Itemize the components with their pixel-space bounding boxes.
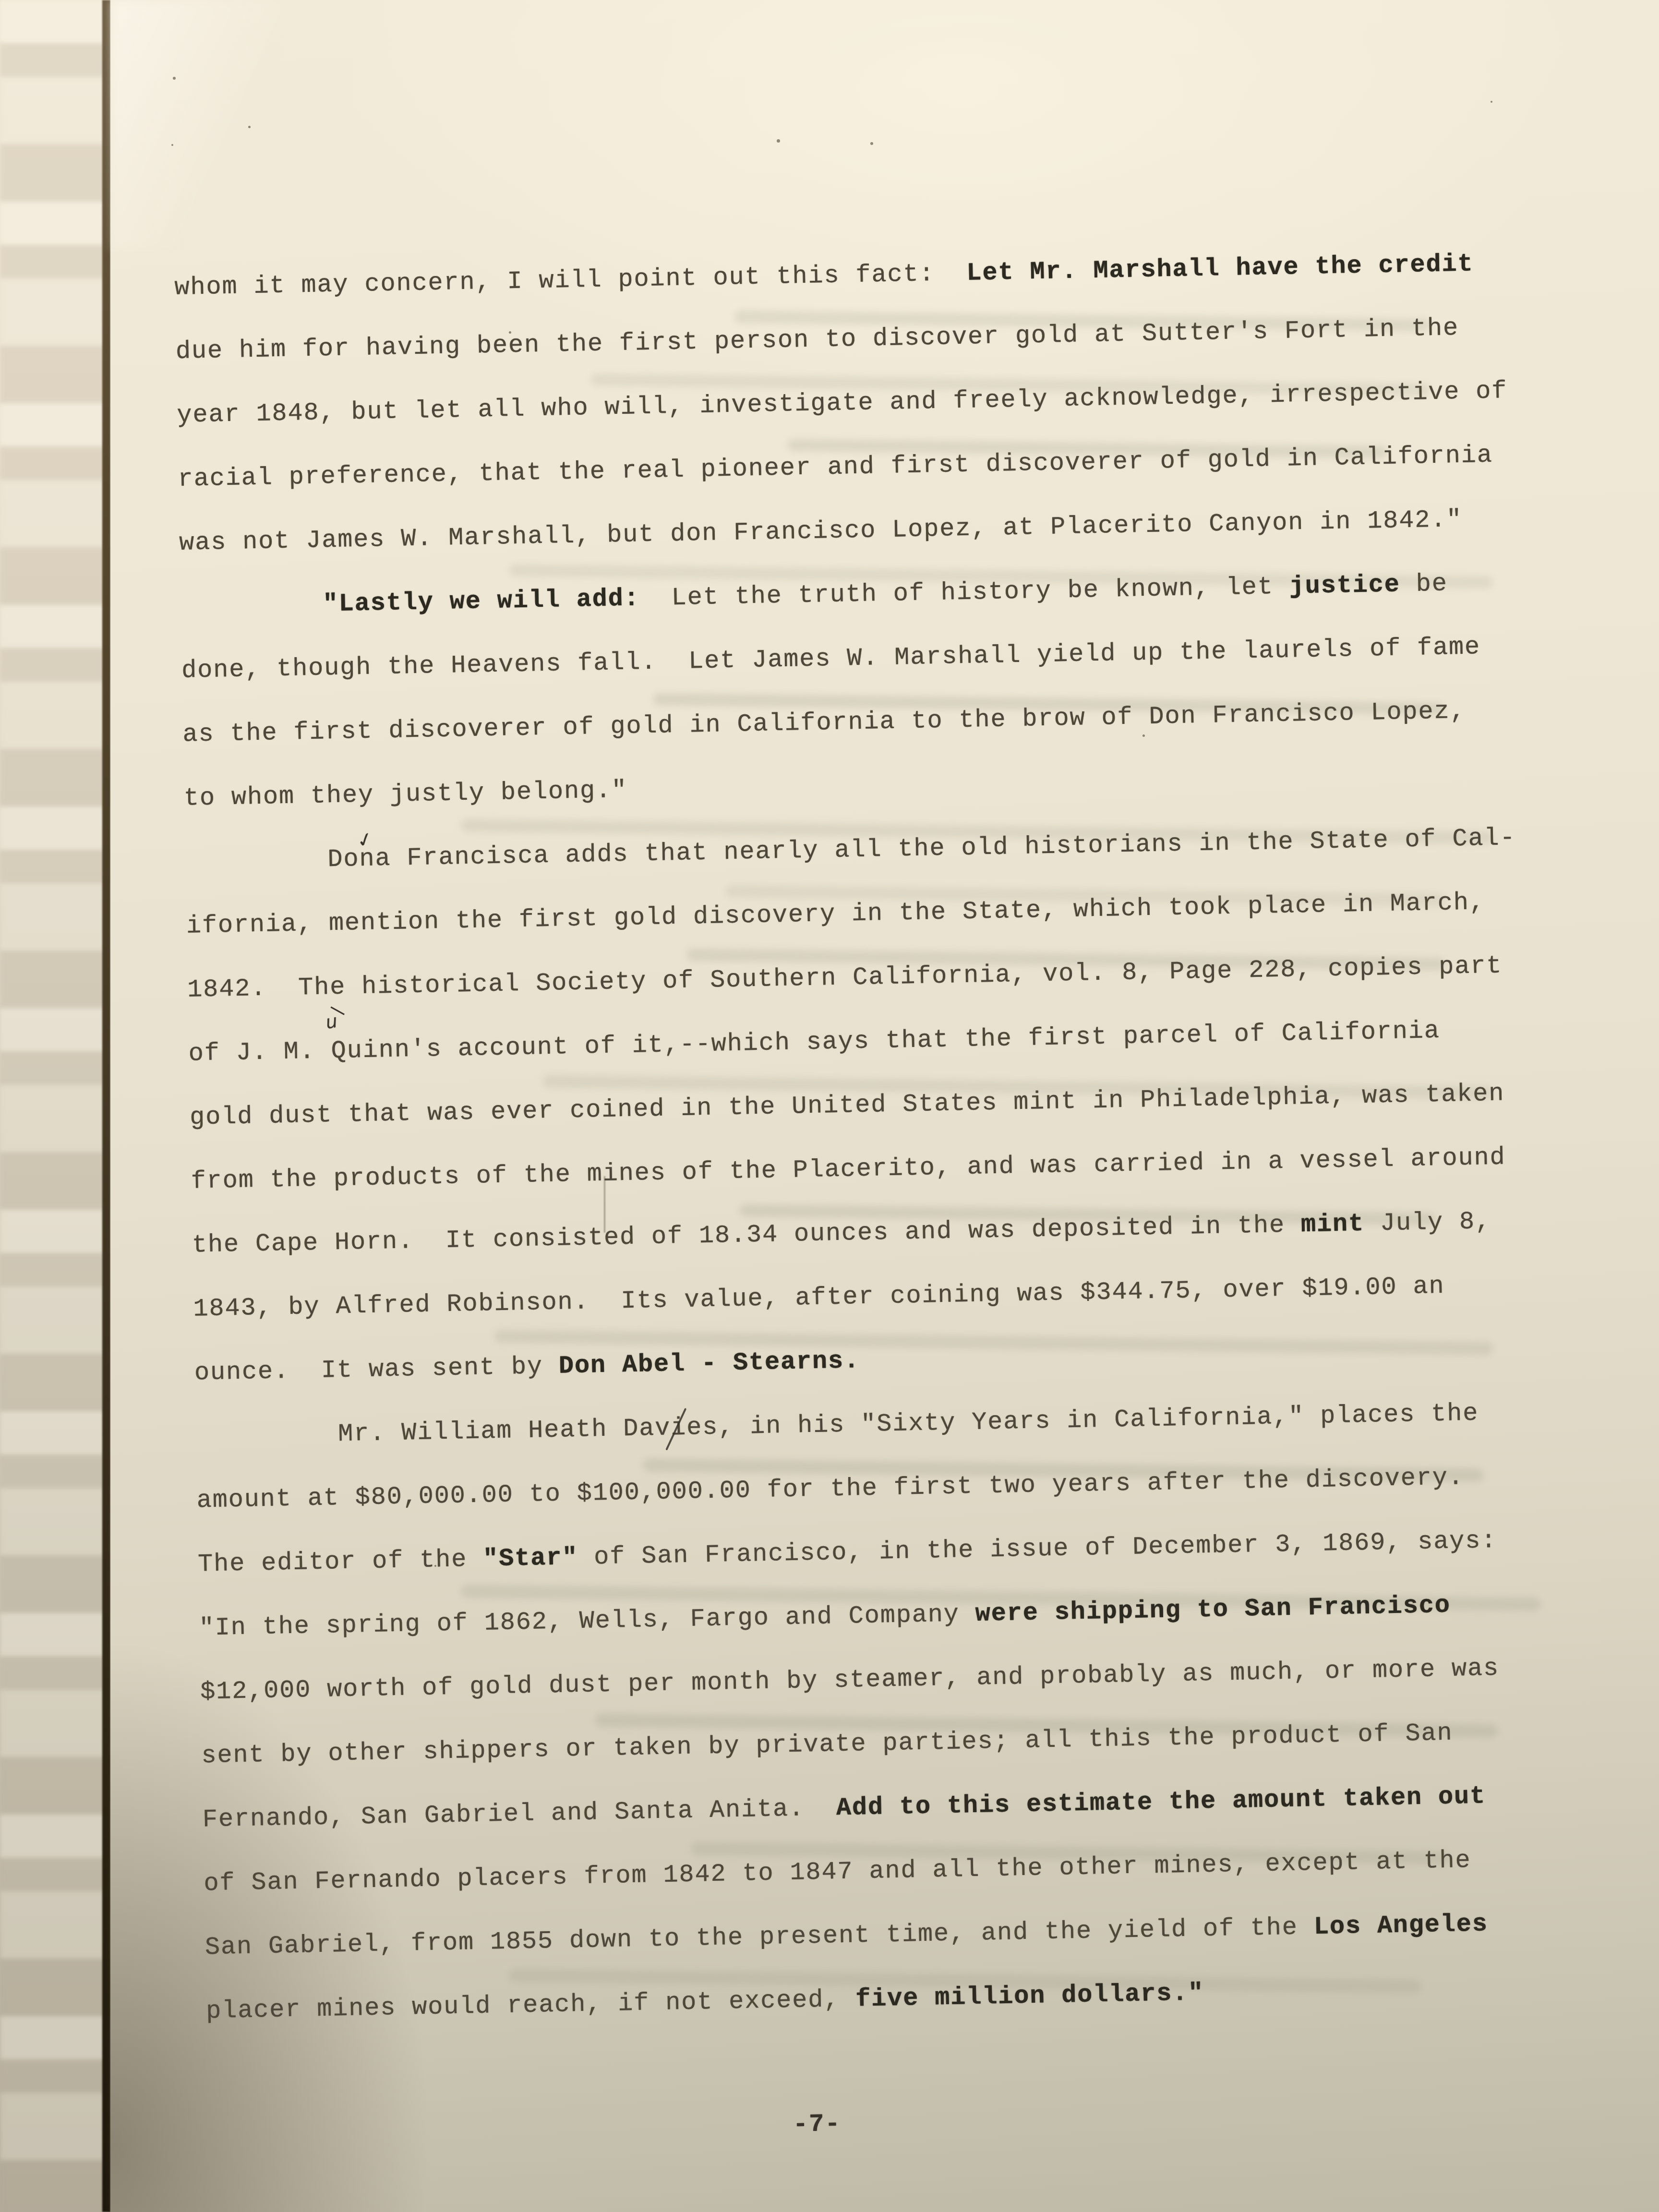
scanned-document-page: whom it may concern, I will point out th… xyxy=(0,0,1659,2212)
text-line: year 1848, but let all who will, investi… xyxy=(177,377,1508,430)
paper-speck xyxy=(171,144,173,146)
strikethrough-slash-icon: e xyxy=(686,1413,703,1443)
text-line: from the products of the mines of the Pl… xyxy=(191,1143,1506,1196)
text-line: ifornia, mention the first gold discover… xyxy=(186,888,1485,941)
paper-speck xyxy=(777,139,780,143)
text-line: San Gabriel, from 1855 down to the prese… xyxy=(204,1910,1488,1962)
text-line: Mr. William Heath Davies, in his "Sixty … xyxy=(338,1399,1479,1449)
text-line: as the first discoverer of gold in Calif… xyxy=(182,697,1466,749)
text-line: was not James W. Marshall, but don Franc… xyxy=(179,505,1463,558)
text-line: sent by other shippers or taken by priva… xyxy=(201,1719,1453,1771)
text-line: done, though the Heavens fall. Let James… xyxy=(181,633,1481,685)
text-line: amount at $80,000.00 to $100,000.00 for … xyxy=(196,1463,1464,1515)
paper-speck xyxy=(173,77,176,80)
text-line: racial preference, that the real pioneer… xyxy=(178,441,1493,494)
text-line: to whom they justly belong." xyxy=(183,776,627,813)
text-line: placer mines would reach, if not exceed,… xyxy=(206,1979,1204,2026)
text-line: ounce. It was sent by Don Abel - Stearns… xyxy=(194,1346,860,1387)
text-line: The editor of the "Star" of San Francisc… xyxy=(198,1527,1497,1579)
text-line: gold dust that was ever coined in the Un… xyxy=(190,1080,1505,1132)
paper-speck xyxy=(870,142,873,145)
text-line: of San Fernando placers from 1842 to 184… xyxy=(204,1846,1471,1898)
text-line: 1843, by Alfred Robinson. Its value, aft… xyxy=(193,1272,1445,1324)
paper-crease-highlight xyxy=(110,0,422,250)
page-number: -7- xyxy=(793,2110,841,2139)
binding-gutter-line xyxy=(102,0,110,2212)
text-line: 1842. The historical Society of Southern… xyxy=(187,952,1503,1005)
typed-text-block: whom it may concern, I will point out th… xyxy=(174,249,1533,2145)
handwritten-insert-icon: u xyxy=(324,1007,340,1037)
book-page-edges xyxy=(0,0,110,2212)
paper-speck xyxy=(248,126,251,128)
text-line: Don✓a Francisca adds that nearly all the… xyxy=(327,824,1516,874)
text-line: due him for having been the first person… xyxy=(175,314,1459,366)
text-line: Fernando, San Gabriel and Santa Anita. A… xyxy=(202,1782,1486,1834)
paper-speck xyxy=(1491,101,1492,103)
text-line: "In the spring of 1862, Wells, Fargo and… xyxy=(199,1591,1451,1643)
page-edge-streaks xyxy=(0,0,110,2212)
text-line: "Lastly we will add: Let the truth of hi… xyxy=(323,570,1448,619)
text-line: the Cape Horn. It consisted of 18.34 oun… xyxy=(192,1207,1491,1260)
text-line: $12,000 worth of gold dust per month by … xyxy=(200,1654,1500,1707)
text-line: of J. M. Quuinn's account of it,--which … xyxy=(188,1017,1440,1069)
